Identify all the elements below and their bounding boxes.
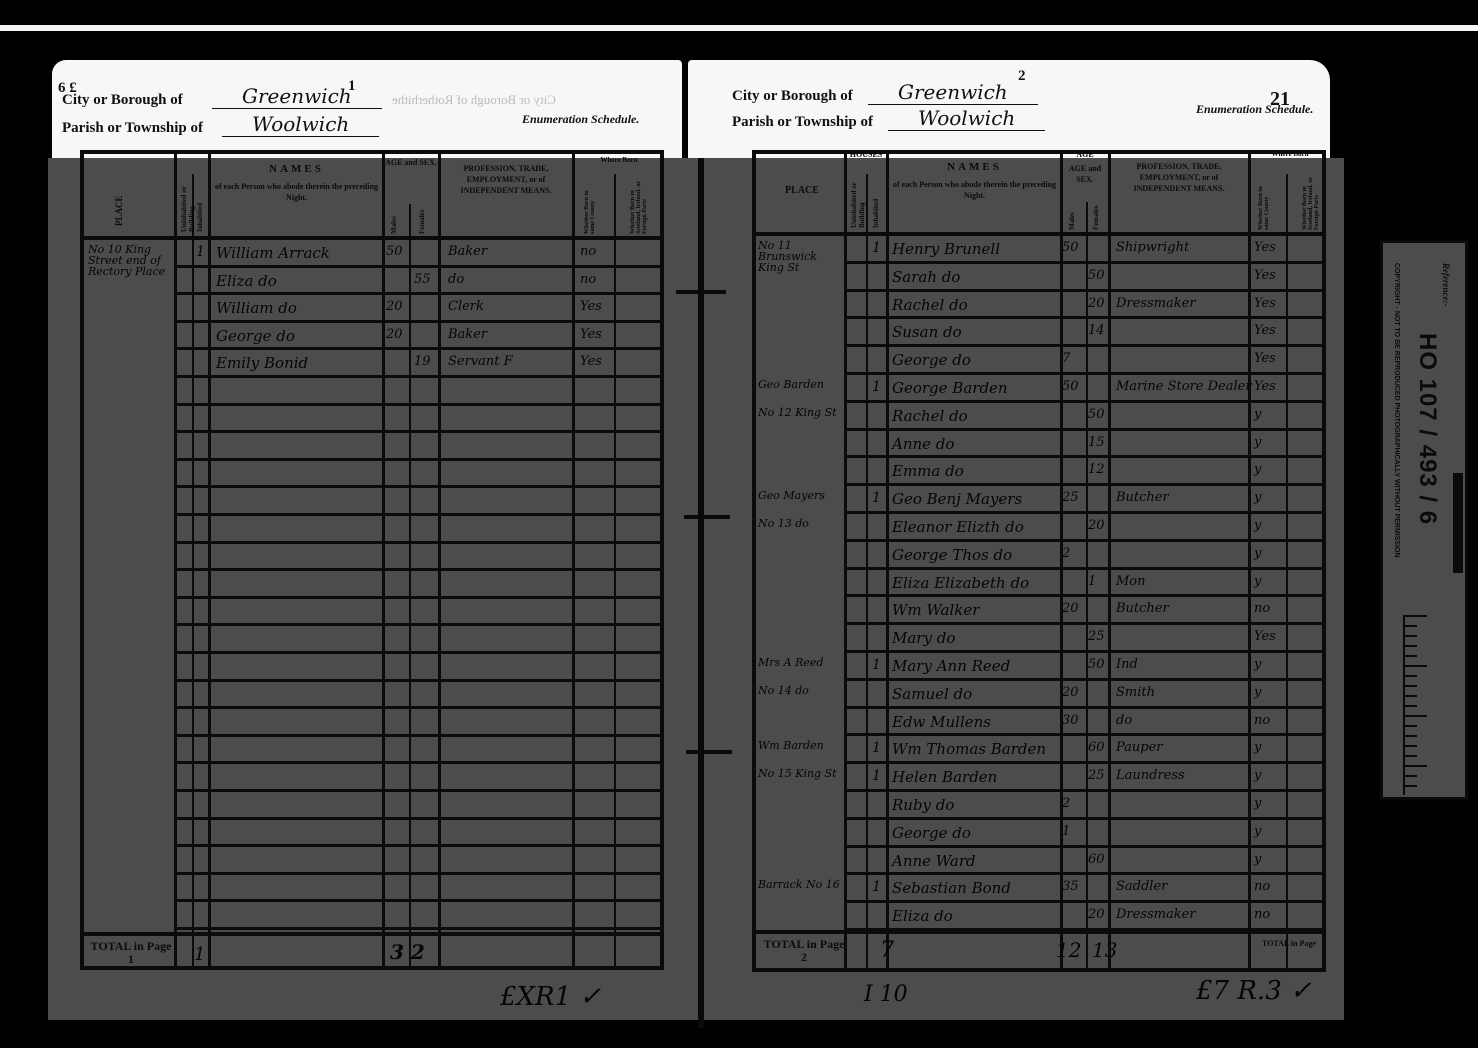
row-rule — [844, 789, 1322, 792]
row-rule — [174, 320, 660, 323]
name-cell: Mary do — [892, 629, 955, 647]
male-age-cell: 50 — [386, 244, 403, 259]
male-age-cell: 1 — [1062, 824, 1070, 839]
row-rule — [844, 289, 1322, 292]
place-cell: No 11 Brunswick King St — [758, 240, 842, 273]
inhabited-cell: 1 — [872, 879, 881, 895]
same-county-cell: y — [1254, 685, 1261, 700]
name-cell: Rachel do — [892, 407, 968, 425]
name-cell: George do — [892, 351, 971, 369]
name-cell: Sarah do — [892, 268, 960, 286]
names-column-subheader: of each Person who abode therein the pre… — [214, 182, 379, 204]
female-age-cell: 1 — [1088, 574, 1096, 589]
same-county-cell: Yes — [580, 299, 602, 314]
profession-cell: Dressmaker — [1116, 907, 1196, 922]
same-county-cell: y — [1254, 824, 1261, 839]
male-age-cell: 50 — [1062, 379, 1079, 394]
same-county-cell: no — [1254, 907, 1270, 922]
folio-number: 21 — [1270, 88, 1290, 111]
same-county-cell: y — [1254, 546, 1261, 561]
row-rule — [174, 403, 660, 406]
place-cell: Geo Barden — [758, 379, 842, 390]
female-age-cell: 25 — [1088, 768, 1105, 783]
female-age-cell: 25 — [1088, 629, 1105, 644]
profession-cell: Servant F — [448, 354, 513, 369]
row-rule — [174, 679, 660, 682]
row-rule — [174, 568, 660, 571]
right-total-label: TOTAL in Page 2 — [762, 938, 846, 964]
row-rule — [174, 623, 660, 626]
name-cell: Ruby do — [892, 796, 954, 814]
left-footer-annotation: £XR1 ✓ — [500, 982, 601, 1012]
where-born-column-header: Where Born — [1250, 150, 1330, 159]
left-parish-label: Parish or Township of — [62, 120, 203, 137]
left-total-houses: 1 — [194, 944, 205, 965]
name-cell: Samuel do — [892, 685, 972, 703]
males-column-header: Males — [1068, 202, 1076, 230]
names-column-header: NAMES — [214, 162, 379, 177]
same-county-cell: y — [1254, 657, 1261, 672]
right-footer-annotation: £7 R.3 ✓ — [1196, 976, 1312, 1006]
same-county-cell: no — [580, 244, 596, 259]
same-county-cell: y — [1254, 768, 1261, 783]
profession-column-header: PROFESSION, TRADE, EMPLOYMENT, or of IND… — [1112, 162, 1246, 194]
names-column-subheader: of each Person who abode therein the pre… — [892, 180, 1057, 202]
male-age-cell: 50 — [1062, 240, 1079, 255]
row-rule — [844, 455, 1322, 458]
name-cell: George Barden — [892, 379, 1008, 397]
same-county-cell: y — [1254, 462, 1261, 477]
female-age-cell: 19 — [414, 354, 431, 369]
left-page-header: 6 £ 1 City or Borough of Greenwich Paris… — [52, 60, 682, 160]
row-rule — [174, 265, 660, 268]
inhabited-cell: 1 — [196, 244, 205, 260]
age-column-header: AGE — [1062, 150, 1108, 161]
name-cell: Wm Walker — [892, 601, 979, 619]
same-county-cell: y — [1254, 796, 1261, 811]
row-rule — [174, 458, 660, 461]
uninhabited-column-header: Uninhabited or Building — [180, 182, 196, 232]
name-cell: Eleanor Elizth do — [892, 518, 1024, 536]
right-borough-label: City or Borough of — [732, 88, 853, 105]
row-rule — [844, 400, 1322, 403]
inhabited-cell: 1 — [872, 240, 881, 256]
profession-cell: Mon — [1116, 574, 1146, 589]
female-age-cell: 50 — [1088, 407, 1105, 422]
place-cell: Geo Mayers — [758, 490, 842, 501]
place-cell: No 13 do — [758, 518, 842, 529]
name-cell: Anne Ward — [892, 852, 976, 870]
same-county-cell: Yes — [580, 327, 602, 342]
inhabited-cell: 1 — [872, 740, 881, 756]
same-county-cell: y — [1254, 574, 1261, 589]
same-county-cell: Yes — [1254, 296, 1276, 311]
male-age-cell: 30 — [1062, 713, 1079, 728]
gutter-stitch — [684, 515, 730, 519]
female-age-cell: 20 — [1088, 518, 1105, 533]
reference-label: Reference:- — [1441, 263, 1451, 306]
row-rule — [844, 678, 1322, 681]
row-rule — [174, 513, 660, 516]
profession-cell: Smith — [1116, 685, 1155, 700]
left-total-label: TOTAL in Page 1 — [88, 940, 174, 966]
bleed-through-text: City or Borough of Rotherhithe — [392, 92, 556, 108]
row-rule — [844, 872, 1322, 875]
row-rule — [844, 261, 1322, 264]
row-rule — [844, 706, 1322, 709]
same-county-column-header: Whether Born in same County — [584, 176, 596, 234]
row-rule — [174, 541, 660, 544]
foreign-born-column-header: Whether Born in Scotland, Ireland, or Fo… — [1302, 172, 1320, 230]
row-rule — [174, 844, 660, 847]
male-age-cell: 20 — [386, 327, 403, 342]
profession-cell: Pauper — [1116, 740, 1163, 755]
females-column-header: Females — [1092, 202, 1100, 230]
place-cell: No 14 do — [758, 685, 842, 696]
name-cell: Geo Benj Mayers — [892, 490, 1022, 508]
right-page-header: 2 City or Borough of Greenwich Parish or… — [688, 60, 1330, 160]
same-county-cell: Yes — [1254, 351, 1276, 366]
same-county-cell: no — [1254, 601, 1270, 616]
names-column-header: NAMES — [892, 160, 1057, 175]
row-rule — [844, 761, 1322, 764]
profession-cell: Baker — [448, 327, 487, 342]
right-total-females: 13 — [1092, 938, 1117, 962]
profession-cell: Clerk — [448, 299, 484, 314]
row-rule — [844, 372, 1322, 375]
females-column-header: Females — [418, 204, 426, 234]
scale-ruler — [1403, 615, 1465, 795]
profession-cell: Laundress — [1116, 768, 1185, 783]
male-age-cell: 20 — [386, 299, 403, 314]
inhabited-cell: 1 — [872, 490, 881, 506]
profession-cell: do — [1116, 713, 1132, 728]
male-age-cell: 25 — [1062, 490, 1079, 505]
name-cell: George do — [892, 824, 971, 842]
inhabited-cell: 1 — [872, 657, 881, 673]
name-cell: Mary Ann Reed — [892, 657, 1010, 675]
male-age-cell: 20 — [1062, 685, 1079, 700]
row-rule — [844, 344, 1322, 347]
place-cell: No 15 King St — [758, 768, 842, 779]
row-rule — [844, 817, 1322, 820]
same-county-cell: Yes — [1254, 379, 1276, 394]
uninhabited-column-header: Uninhabited or Building — [850, 176, 866, 228]
female-age-cell: 60 — [1088, 852, 1105, 867]
right-schedule-label: Enumeration Schedule. — [1196, 102, 1313, 117]
left-parish-value: Woolwich — [222, 112, 379, 137]
name-cell: Eliza do — [216, 272, 277, 290]
male-age-cell: 7 — [1062, 351, 1070, 366]
age-sex-column-header: AGE and SEX. — [1062, 164, 1108, 186]
name-cell: William do — [216, 299, 297, 317]
same-county-column-header: Whether Born in same County — [1258, 172, 1270, 230]
right-total-males: 12 — [1056, 938, 1081, 962]
row-rule — [844, 483, 1322, 486]
female-age-cell: 55 — [414, 272, 431, 287]
strip-marker — [1453, 473, 1463, 573]
same-county-cell: y — [1254, 518, 1261, 533]
male-age-cell: 20 — [1062, 601, 1079, 616]
place-cell: No 10 King Street end of Rectory Place — [88, 244, 172, 277]
where-born-column-header: Where Born — [574, 156, 664, 165]
row-rule — [174, 872, 660, 875]
row-rule — [174, 927, 660, 930]
row-rule — [174, 899, 660, 902]
female-age-cell: 60 — [1088, 740, 1105, 755]
same-county-cell: y — [1254, 740, 1261, 755]
same-county-cell: y — [1254, 852, 1261, 867]
same-county-cell: y — [1254, 435, 1261, 450]
left-census-table: PLACE Uninhabited or Building Inhabited … — [80, 150, 664, 970]
profession-cell: Saddler — [1116, 879, 1167, 894]
scan-top-edge — [0, 25, 1478, 31]
row-rule — [174, 430, 660, 433]
row-rule — [844, 594, 1322, 597]
name-cell: Susan do — [892, 323, 962, 341]
name-cell: George Thos do — [892, 546, 1012, 564]
right-borough-value: Greenwich — [868, 80, 1038, 105]
profession-cell: Dressmaker — [1116, 296, 1196, 311]
gutter-stitch — [686, 750, 732, 754]
row-rule — [174, 761, 660, 764]
same-county-cell: Yes — [1254, 629, 1276, 644]
female-age-cell: 50 — [1088, 657, 1105, 672]
inhabited-cell: 1 — [872, 379, 881, 395]
copyright-notice: COPYRIGHT - NOT TO BE REPRODUCED PHOTOGR… — [1393, 263, 1400, 787]
right-census-table: PLACE HOUSES Uninhabited or Building Inh… — [752, 150, 1326, 972]
row-rule — [844, 900, 1322, 903]
place-column-header: PLACE — [772, 184, 832, 198]
row-rule — [174, 375, 660, 378]
name-cell: Edw Mullens — [892, 713, 991, 731]
left-borough-value: Greenwich — [212, 84, 382, 109]
name-cell: Emma do — [892, 462, 964, 480]
males-column-header: Males — [390, 204, 398, 234]
profession-column-header: PROFESSION, TRADE, EMPLOYMENT, or of IND… — [442, 164, 570, 196]
name-cell: Sebastian Bond — [892, 879, 1011, 897]
profession-cell: do — [448, 272, 464, 287]
row-rule — [844, 733, 1322, 736]
same-county-cell: y — [1254, 407, 1261, 422]
row-rule — [844, 622, 1322, 625]
same-county-cell: no — [1254, 713, 1270, 728]
female-age-cell: 20 — [1088, 907, 1105, 922]
same-county-cell: Yes — [1254, 240, 1276, 255]
left-total-persons: 3 2 — [390, 940, 425, 964]
male-age-cell: 2 — [1062, 546, 1070, 561]
female-age-cell: 20 — [1088, 296, 1105, 311]
row-rule — [844, 428, 1322, 431]
name-cell: Rachel do — [892, 296, 968, 314]
place-cell: Barrack No 16 — [758, 879, 842, 890]
right-parish-value: Woolwich — [888, 106, 1045, 131]
profession-cell: Marine Store Dealer — [1116, 379, 1252, 394]
row-rule — [844, 539, 1322, 542]
male-age-cell: 35 — [1062, 879, 1079, 894]
archive-reference-strip: COPYRIGHT - NOT TO BE REPRODUCED PHOTOGR… — [1380, 240, 1468, 800]
houses-column-header: HOUSES — [836, 150, 896, 161]
profession-cell: Shipwright — [1116, 240, 1189, 255]
inhabited-column-header: Inhabited — [196, 182, 204, 232]
same-county-cell: y — [1254, 490, 1261, 505]
row-rule — [174, 706, 660, 709]
same-county-cell: Yes — [1254, 323, 1276, 338]
right-footer-note-left: I 10 — [864, 982, 908, 1007]
row-rule — [174, 789, 660, 792]
right-total-houses: 7 — [880, 938, 894, 963]
name-cell: Emily Bonid — [216, 354, 308, 372]
right-where-born-total-label: TOTAL in Page — [1250, 940, 1328, 949]
place-column-header: PLACE — [114, 166, 124, 226]
same-county-cell: no — [580, 272, 596, 287]
female-age-cell: 14 — [1088, 323, 1105, 338]
name-cell: Eliza Elizabeth do — [892, 574, 1029, 592]
row-rule — [174, 347, 660, 350]
place-cell: Mrs A Reed — [758, 657, 842, 668]
row-rule — [174, 734, 660, 737]
page-gutter — [698, 158, 704, 1028]
same-county-cell: no — [1254, 879, 1270, 894]
inhabited-cell: 1 — [872, 768, 881, 784]
name-cell: Anne do — [892, 435, 954, 453]
row-rule — [844, 316, 1322, 319]
row-rule — [844, 650, 1322, 653]
name-cell: Eliza do — [892, 907, 953, 925]
row-rule — [844, 845, 1322, 848]
left-schedule-label: Enumeration Schedule. — [522, 112, 639, 127]
female-age-cell: 15 — [1088, 435, 1105, 450]
place-cell: No 12 King St — [758, 407, 842, 418]
male-age-cell: 2 — [1062, 796, 1070, 811]
row-rule — [844, 567, 1322, 570]
female-age-cell: 50 — [1088, 268, 1105, 283]
inhabited-column-header: Inhabited — [872, 176, 880, 228]
name-cell: Helen Barden — [892, 768, 997, 786]
female-age-cell: 12 — [1088, 462, 1105, 477]
foreign-born-column-header: Whether Born in Scotland, Ireland, or Fo… — [630, 176, 648, 234]
name-cell: George do — [216, 327, 295, 345]
profession-cell: Ind — [1116, 657, 1138, 672]
profession-cell: Baker — [448, 244, 487, 259]
row-rule — [844, 511, 1322, 514]
name-cell: Wm Thomas Barden — [892, 740, 1046, 758]
reference-number: HO 107 / 493 / 6 — [1413, 333, 1441, 525]
name-cell: Henry Brunell — [892, 240, 1000, 258]
right-parish-label: Parish or Township of — [732, 114, 873, 131]
same-county-cell: Yes — [580, 354, 602, 369]
row-rule — [174, 485, 660, 488]
left-borough-label: City or Borough of — [62, 92, 183, 109]
name-cell: William Arrack — [216, 244, 330, 262]
row-rule — [174, 651, 660, 654]
gutter-stitch — [676, 290, 726, 294]
same-county-cell: Yes — [1254, 268, 1276, 283]
row-rule — [174, 817, 660, 820]
age-sex-column-header: AGE and SEX. — [384, 158, 438, 169]
place-cell: Wm Barden — [758, 740, 842, 751]
profession-cell: Butcher — [1116, 490, 1169, 505]
row-rule — [174, 596, 660, 599]
profession-cell: Butcher — [1116, 601, 1169, 616]
row-rule — [174, 292, 660, 295]
